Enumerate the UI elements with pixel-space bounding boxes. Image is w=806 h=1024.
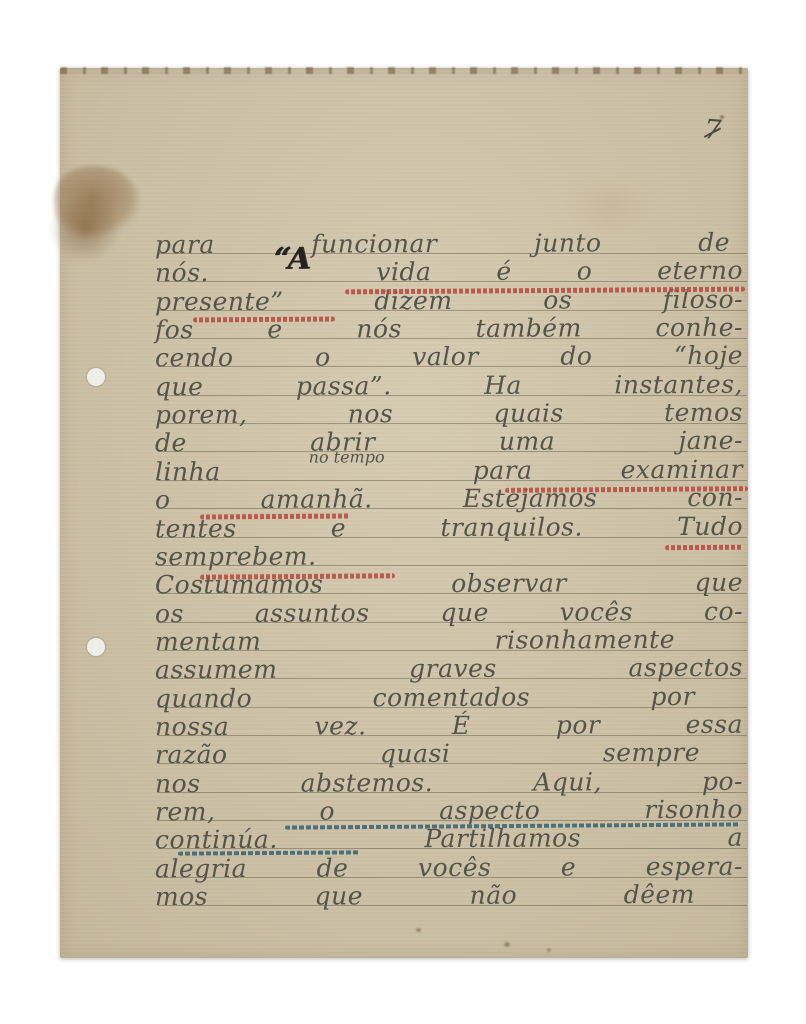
red-crayon-underline [665, 545, 743, 551]
handwriting-line: continúa.Partilhamosa [155, 825, 743, 854]
inserted-text-above-line: no tempo [309, 444, 385, 470]
handwriting-word: que [695, 570, 744, 596]
stain-speck [504, 942, 510, 947]
handwriting-word: vocês [418, 855, 491, 881]
handwriting-word: presente” [155, 288, 284, 315]
handwriting-word: po- [702, 768, 743, 794]
stain-speck [416, 928, 421, 932]
handwriting-word: nos [155, 771, 201, 797]
page-number: 7 [703, 114, 731, 150]
handwriting-line: quandocomentadospor [155, 683, 695, 711]
handwriting-word: sempre [603, 740, 700, 766]
handwriting-word: bem. [252, 541, 317, 570]
handwriting-line: osassuntosquevocêsco- [155, 598, 743, 627]
handwriting-word: linha [155, 459, 221, 485]
handwriting-word: risonho [644, 797, 743, 823]
handwriting-word: do [560, 344, 592, 370]
red-crayon-underline [200, 513, 350, 519]
handwriting-word: espera- [646, 853, 743, 879]
handwriting-word: aspecto [439, 798, 540, 824]
handwriting-line: razãoquasisempre [155, 740, 700, 768]
stain-speck [547, 948, 551, 952]
handwriting-word: graves [409, 656, 497, 682]
handwriting-line: linhano tempoparaexaminar [155, 457, 743, 486]
hole-punch [87, 638, 105, 656]
handwriting-word: uma [499, 429, 555, 455]
handwriting-word: tranquilos. [440, 514, 583, 541]
handwriting-word: temos [664, 400, 743, 426]
handwriting-word: funcionar [311, 231, 437, 258]
handwriting-word: fos [155, 317, 194, 343]
handwriting-word: nossa [155, 714, 229, 740]
handwriting-line: rem,oaspectorisonho [155, 797, 743, 826]
handwriting-word: por [650, 683, 695, 709]
handwriting-word: porem, [155, 402, 248, 428]
handwriting-line: alegriadevocêseespera- [155, 853, 743, 882]
red-crayon-underline [193, 317, 335, 323]
handwriting-word: o [319, 798, 335, 824]
handwriting-word: também [476, 315, 582, 341]
handwriting-word: jane- [678, 428, 743, 454]
handwriting-word: Ha [484, 372, 522, 398]
handwriting-word: risonhamente [495, 627, 676, 654]
handwriting-word: examinar [620, 457, 743, 484]
handwriting-line: cendoovalordo“hoje [155, 343, 743, 372]
handwriting-word: amanhã. [261, 486, 373, 512]
handwriting-word: para [473, 457, 533, 483]
handwriting-line: porem,nosquaistemos [155, 400, 743, 429]
handwriting-word: dêem [624, 882, 695, 908]
handwriting-word: razão [155, 742, 228, 768]
handwriting-word: alegria [155, 856, 247, 882]
handwriting-word: instantes, [614, 371, 743, 398]
handwriting-word: Partilhamos [424, 826, 581, 853]
handwriting-word: e [331, 515, 346, 541]
handwriting-word: que [315, 883, 364, 909]
handwriting-word: conhe- [655, 315, 743, 341]
handwriting-word: vida [376, 259, 431, 285]
handwriting-word: assumem [155, 657, 277, 684]
handwriting-word: o [155, 487, 171, 513]
handwriting-line: nossavez.Époressa [155, 712, 743, 741]
handwriting-word: abstemos. [301, 770, 434, 797]
handwriting-word: de [155, 431, 187, 457]
handwriting-line: semprebem. [155, 542, 743, 571]
handwriting-line: mosquenãodêem [155, 882, 695, 910]
handwriting-word: nós [356, 316, 402, 342]
handwriting-line: assumemgravesaspectos [155, 655, 743, 684]
handwriting-word: passa”. [296, 373, 392, 399]
handwriting-word: para [155, 232, 215, 258]
handwriting-word: essa [686, 712, 743, 738]
handwriting-word: vez. [314, 713, 366, 739]
page-number-digit: 7 [703, 114, 722, 146]
hole-punch [87, 368, 105, 386]
handwriting-word: Aqui, [533, 769, 602, 795]
handwriting-word: É [452, 713, 471, 739]
handwriting-word: quais [493, 401, 563, 427]
handwriting-word: vocês [560, 599, 633, 625]
handwriting-word: cendo [155, 345, 234, 371]
handwriting-word: que [440, 599, 489, 625]
handwriting-word: comentados [373, 684, 531, 711]
handwriting-word: mos [155, 884, 208, 910]
scanned-manuscript-photo: parafuncionarjuntodenós.“Avidaéoeternopr… [0, 0, 806, 1024]
handwriting-word: aspectos [628, 655, 743, 681]
handwriting-word: tentes [155, 515, 237, 541]
handwriting-line: nosabstemos.Aqui,po- [155, 768, 743, 797]
handwriting-word: quando [155, 685, 252, 711]
handwriting-word: é [496, 259, 511, 285]
handwriting-line: deabrirumajane- [155, 428, 743, 457]
handwriting-word: rem, [155, 799, 216, 825]
handwriting-word: continúa. [155, 827, 278, 854]
handwriting-word: que [155, 374, 204, 400]
handwriting-word: a [728, 825, 744, 851]
handwriting-word: não [470, 883, 518, 909]
handwriting-word: valor [412, 344, 479, 370]
handwriting-word: sempre [155, 542, 252, 571]
handwriting-word: junto [534, 230, 602, 256]
handwriting-line: mentamrisonhamente [155, 627, 675, 655]
handwriting-word: e [561, 854, 576, 880]
handwriting-word: “hoje [674, 343, 743, 369]
handwriting-word: co- [704, 598, 743, 624]
handwriting-word: os [155, 601, 184, 627]
handwriting-line: parafuncionarjuntode [155, 230, 730, 259]
handwriting-word: assuntos [255, 600, 370, 627]
coffee-stain [50, 196, 120, 262]
handwriting-word: nos [348, 401, 394, 427]
handwriting-line: nós.“Avidaéoeterno [155, 258, 743, 287]
handwriting-word: por [556, 712, 601, 738]
handwriting-line: quepassa”.Hainstantes, [155, 371, 743, 400]
handwriting-word: de [317, 855, 349, 881]
handwriting-word: Tudo [677, 513, 743, 539]
handwriting-word: “A [274, 260, 312, 286]
handwriting-word: mentam [155, 629, 261, 655]
paper-top-edge-stains [60, 67, 748, 74]
handwriting-word: o [577, 259, 593, 285]
handwriting-word: quasi [380, 741, 450, 767]
handwriting-word: nós. [155, 260, 209, 286]
handwriting-word: observar [451, 571, 567, 598]
handwriting-word: de [698, 230, 730, 256]
handwriting-word: eterno [657, 258, 743, 284]
handwriting-word: o [315, 345, 331, 371]
